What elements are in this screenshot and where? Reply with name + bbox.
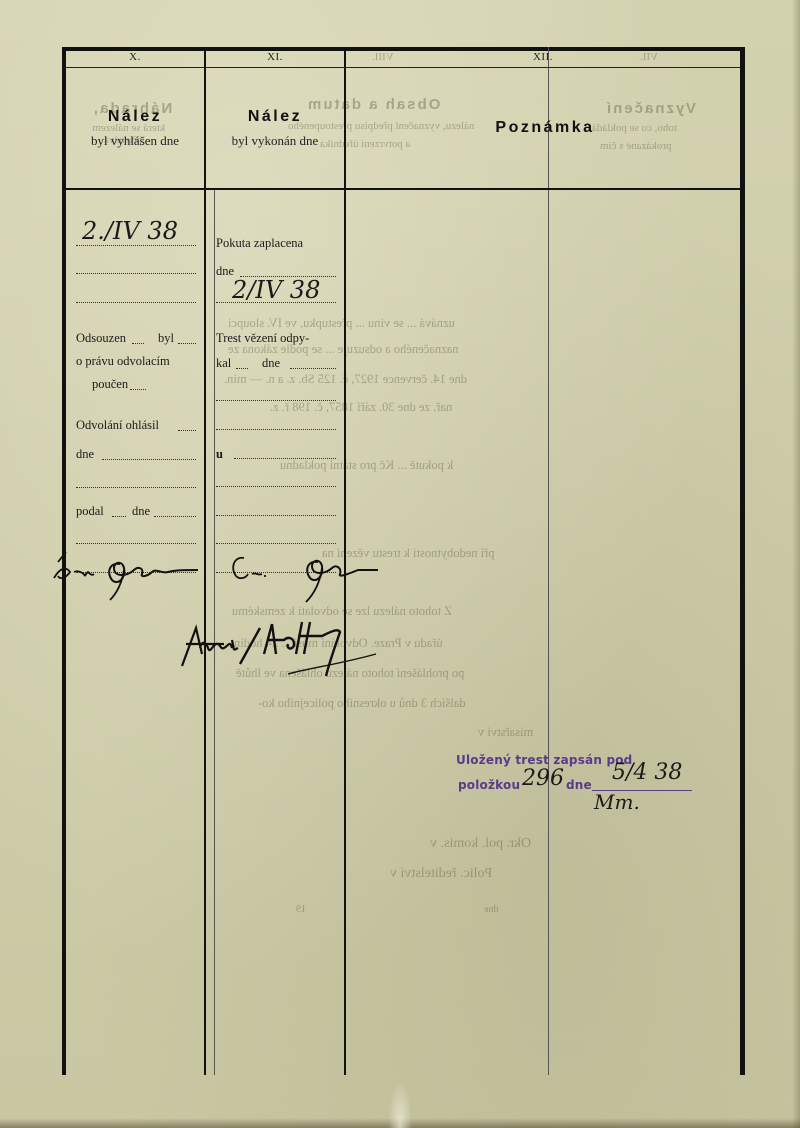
dotted-line: [178, 430, 196, 431]
stamp-dne-label: dne: [566, 778, 592, 792]
dotted-line: [290, 368, 336, 369]
handwritten-date-xi: 2/IV 38: [232, 276, 320, 304]
column-subtitle-xi: byl vykonán dne: [206, 133, 344, 149]
document-page: Náhrada, která se nálezem přiznává Obsah…: [0, 0, 800, 1128]
dotted-line: [112, 516, 126, 517]
label-trest-dne: dne: [262, 356, 280, 371]
dotted-line: [178, 343, 196, 344]
stamp-initials: Mm.: [594, 790, 640, 814]
dotted-line: [76, 543, 196, 544]
column-number-xi: XI.: [206, 51, 344, 63]
signature-frant-hoffy: [180, 614, 380, 689]
dotted-line: [216, 400, 336, 401]
label-o-pravu: o právu odvolacím: [76, 354, 170, 369]
dotted-line: [76, 487, 196, 488]
column-number-x: X.: [66, 51, 204, 63]
label-podal-dne: dne: [132, 504, 150, 519]
column-title-xii: Poznámka: [420, 119, 670, 137]
label-podal: podal: [76, 504, 104, 519]
label-trest-vezeni: Trest vězení odpy-: [216, 331, 309, 346]
handwritten-date-x: 2./IV 38: [82, 217, 178, 245]
label-poucen: poučen: [92, 377, 128, 392]
label-trest-kal: kal: [216, 356, 231, 371]
paper-crease: [388, 1080, 412, 1128]
signature-x: [52, 548, 202, 609]
label-dne: dne: [76, 447, 94, 462]
dotted-line: [216, 543, 336, 544]
column-subtitle-x: byl vyhlášen dne: [66, 133, 204, 149]
dotted-line: [216, 429, 336, 430]
dotted-line: [216, 486, 336, 487]
stamp-date: 5/4 38: [612, 760, 682, 785]
header-bottom-divider: [66, 188, 740, 190]
label-u: u: [216, 447, 223, 462]
dotted-line: [216, 515, 336, 516]
label-odvolani: Odvolání ohlásil: [76, 418, 159, 433]
dotted-line: [236, 368, 248, 369]
column-title-xi: Nález: [206, 108, 344, 126]
page-edge-shadow: [792, 0, 800, 1128]
dotted-line: [132, 343, 144, 344]
column-divider: [204, 47, 206, 1075]
label-odsouzen: Odsouzen: [76, 331, 126, 346]
stamp-polozkou-label: položkou: [458, 778, 520, 792]
label-pokuta-zaplacena: Pokuta zaplacena: [216, 236, 303, 251]
signature-xi: [228, 548, 378, 609]
label-byl: byl: [158, 331, 174, 346]
dotted-line: [76, 302, 196, 303]
stamp-line1: Uložený trest zapsán pod: [456, 753, 632, 767]
header-number-divider: [66, 67, 740, 68]
dotted-line: [216, 302, 336, 303]
column-title-x: Nález: [66, 108, 204, 126]
dotted-line: [234, 458, 336, 459]
dotted-line: [76, 245, 196, 246]
column-number-xii: XII.: [346, 51, 740, 63]
dotted-line: [102, 459, 196, 460]
dotted-line: [130, 389, 146, 390]
ghost-column-line: [548, 47, 549, 1075]
dotted-line: [76, 273, 196, 274]
stamp-polozka-number: 296: [522, 766, 564, 791]
dotted-line: [154, 516, 196, 517]
